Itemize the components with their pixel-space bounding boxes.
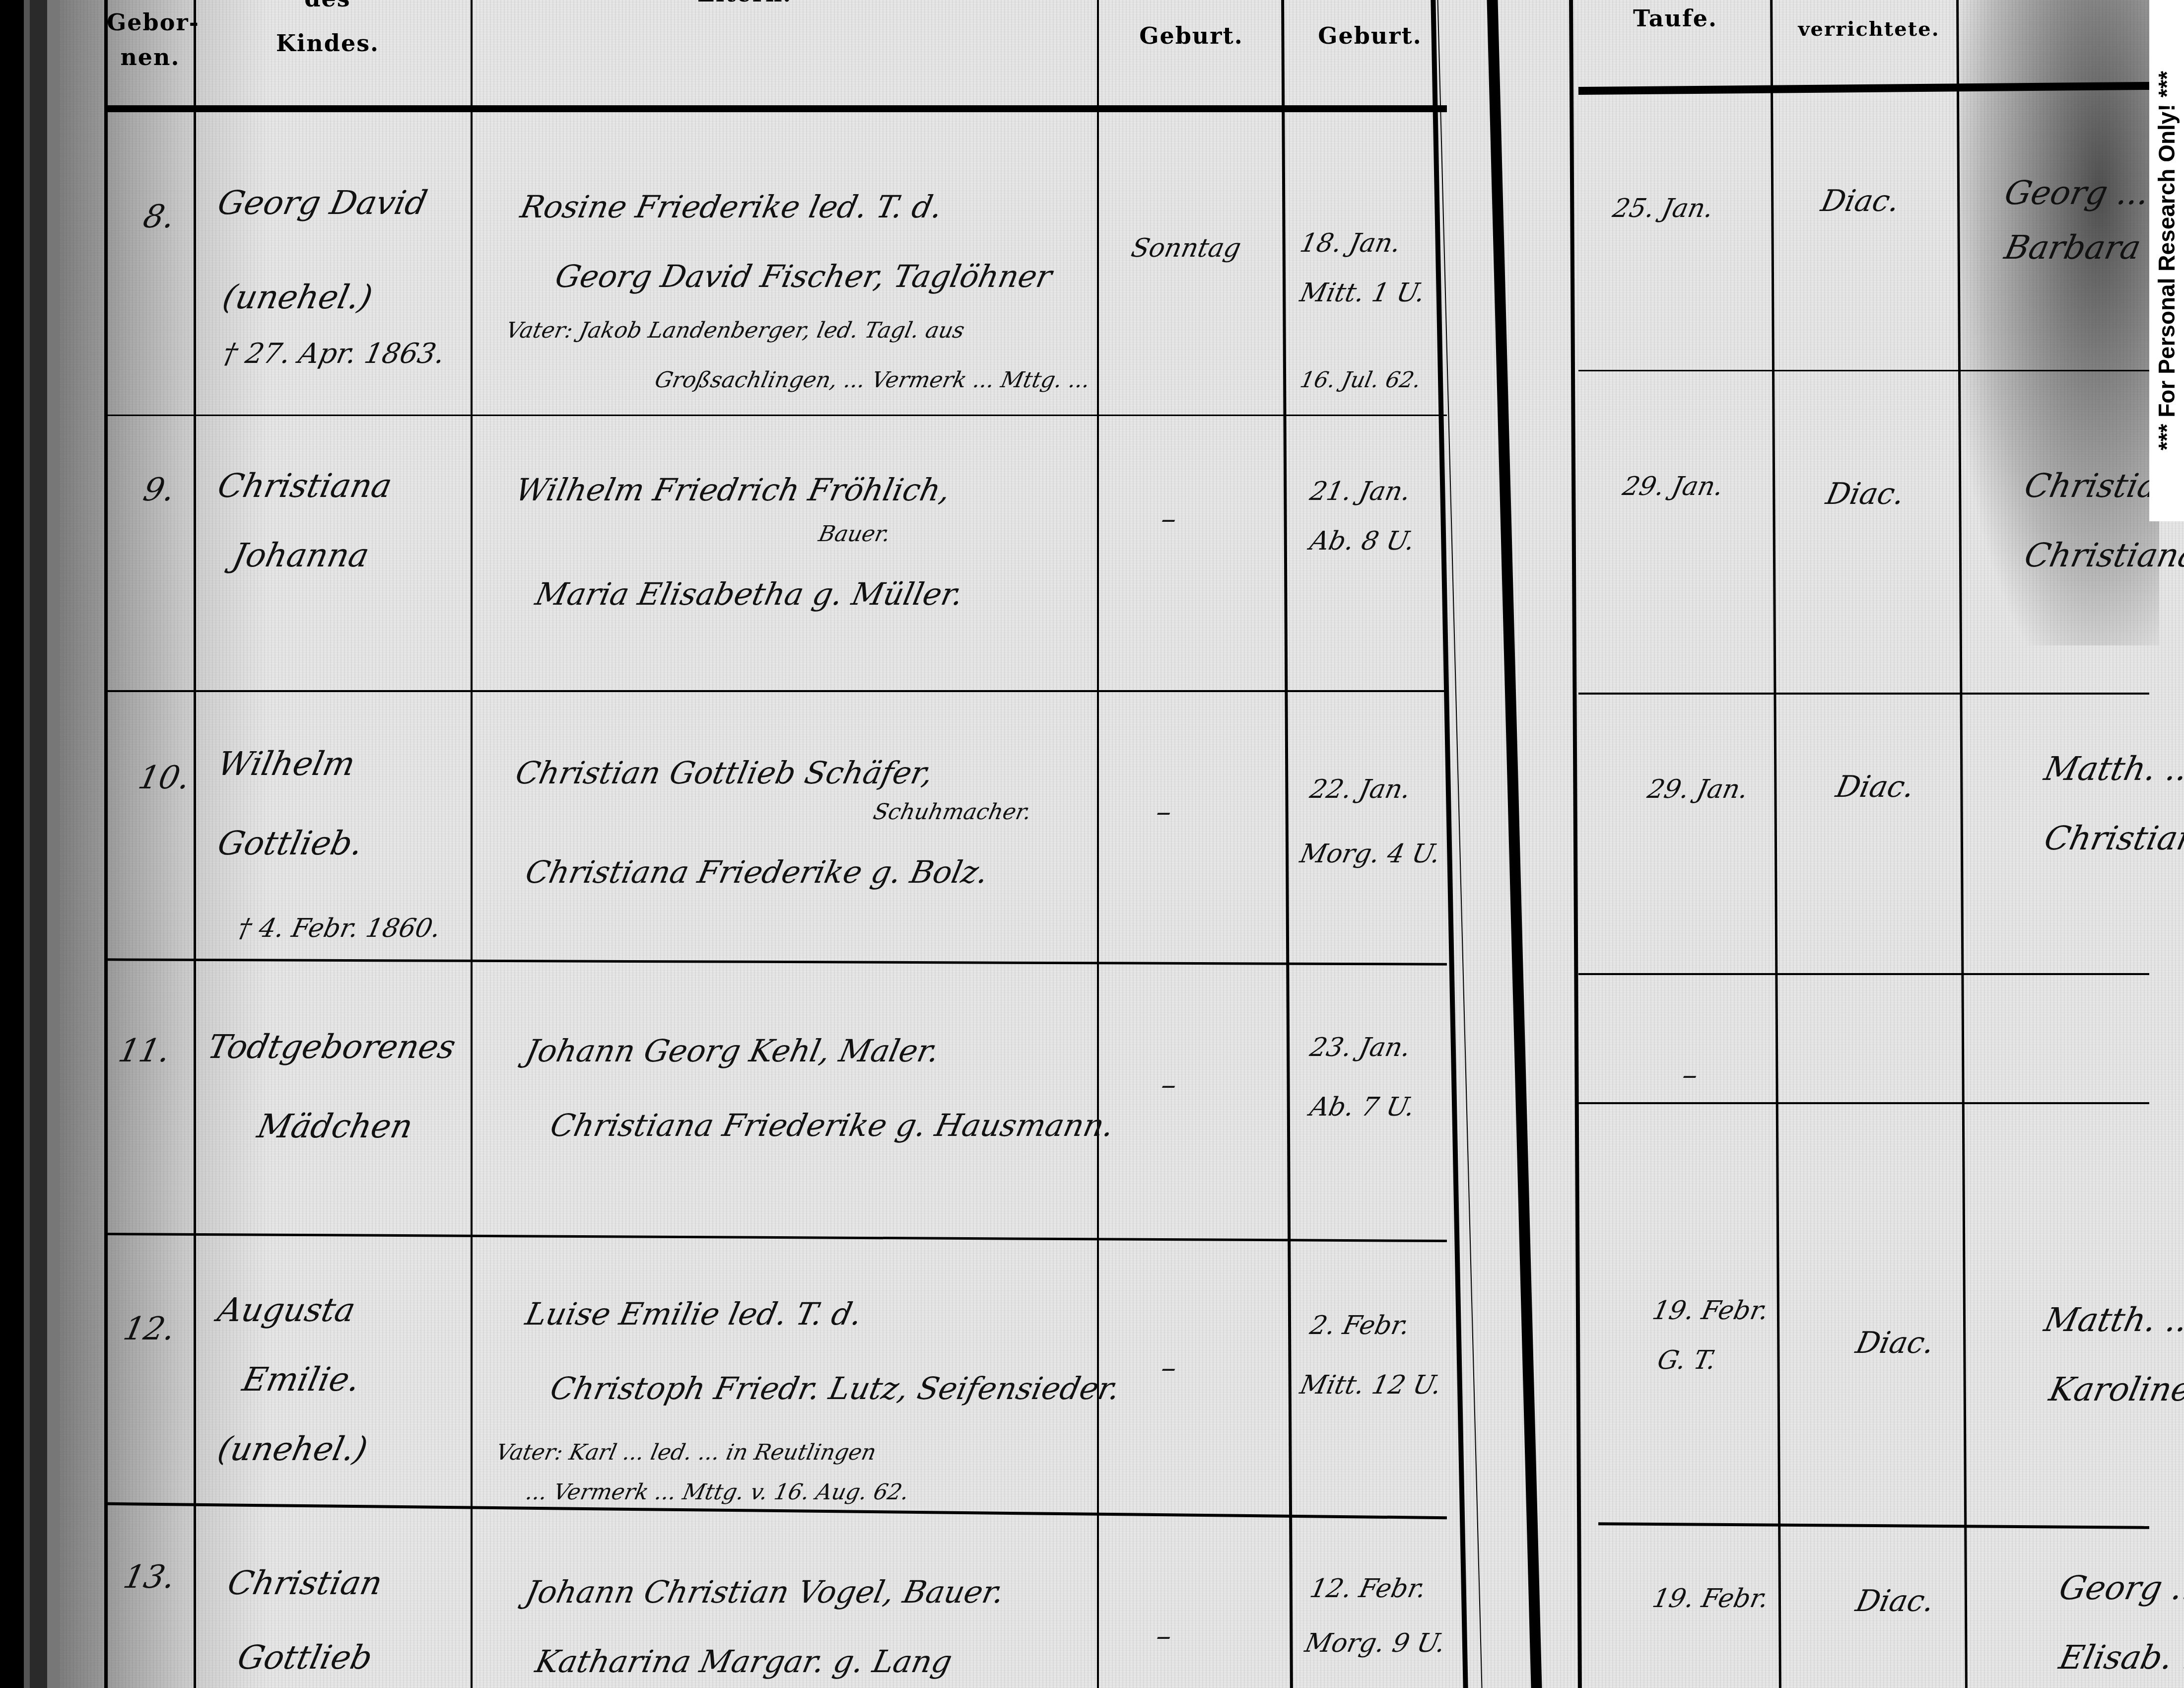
- birth-note: 16. Jul. 62.: [1298, 367, 1424, 393]
- baptism-date: 19. Febr.: [1650, 1584, 1772, 1614]
- baptism-date: 19. Febr.: [1650, 1296, 1772, 1326]
- mother: Rosine Friederike led. T. d.: [517, 189, 946, 225]
- birth-date: 23. Jan.: [1307, 1033, 1414, 1062]
- father: Johann Georg Kehl, Maler.: [522, 1033, 943, 1069]
- father: Georg David Fischer, Taglöhner: [552, 258, 1055, 294]
- child-name: Todtgeborenes: [205, 1028, 459, 1066]
- officiant: Diac.: [1833, 770, 1918, 804]
- father: Christian Gottlieb Schäfer,: [512, 755, 936, 791]
- page-fold: [1487, 0, 1542, 1688]
- birth-time: Ab. 7 U.: [1307, 1092, 1418, 1122]
- birth-day: –: [1153, 794, 1175, 829]
- column-rule: [471, 0, 473, 1688]
- godparent: Christiana ...: [2021, 536, 2184, 574]
- child-death: † 4. Febr. 1860.: [235, 914, 444, 943]
- row-rule: [1598, 1522, 2149, 1529]
- child-name: Mädchen: [254, 1107, 416, 1145]
- birth-day: –: [1158, 1067, 1180, 1102]
- header-child: Kindes.: [258, 30, 397, 57]
- child-name: Georg David: [214, 184, 431, 222]
- baptism-date: 29. Jan.: [1645, 774, 1751, 804]
- column-rule: [1770, 0, 1781, 1688]
- officiant: Diac.: [1823, 477, 1908, 511]
- header-birth-day: Geburt.: [1099, 22, 1283, 49]
- entry-number: 13.: [120, 1559, 179, 1596]
- header-birth-date: Geburt.: [1291, 22, 1449, 49]
- birth-time: Ab. 8 U.: [1307, 526, 1418, 556]
- child-name: Gottlieb: [234, 1638, 376, 1677]
- birth-day: –: [1158, 1350, 1180, 1385]
- column-rule: [194, 0, 196, 1688]
- godparent: Georg ...: [2001, 174, 2153, 212]
- mother: Christiana Friederike g. Bolz.: [522, 854, 992, 890]
- remark: Großsachlingen, ... Vermerk ... Mttg. ..…: [653, 367, 1092, 393]
- mother: Christiana Friederike g. Hausmann.: [547, 1107, 1117, 1143]
- child-status: (unehel.): [214, 1430, 371, 1468]
- father-occupation: Schuhmacher.: [871, 799, 1034, 825]
- child-name: Johanna: [229, 536, 373, 574]
- mother: Luise Emilie led. T. d.: [522, 1296, 865, 1332]
- row-rule: [107, 1233, 1447, 1242]
- header-born: Gebor- nen.: [107, 5, 194, 74]
- baptism-date: 25. Jan.: [1610, 194, 1716, 223]
- register-page: Gebor- nen. des Kindes. Eltern. Geburt. …: [0, 0, 2184, 1688]
- row-rule: [107, 958, 1447, 965]
- child-name: Wilhelm: [214, 745, 359, 783]
- child-status: (unehel.): [219, 278, 376, 316]
- child-name: Gottlieb.: [214, 824, 366, 862]
- father: Johann Christian Vogel, Bauer.: [522, 1574, 1008, 1610]
- row-rule: [1578, 693, 2149, 695]
- birth-date: 21. Jan.: [1307, 477, 1414, 506]
- birth-day: –: [1153, 1618, 1175, 1653]
- birth-day: Sonntag: [1129, 233, 1244, 263]
- birth-time: Mitt. 12 U.: [1297, 1370, 1444, 1400]
- header-child-top: des: [278, 0, 377, 12]
- baptism-date: 29. Jan.: [1620, 472, 1726, 501]
- header-officiant: verrichtete.: [1779, 17, 1958, 41]
- birth-date: 12. Febr.: [1307, 1574, 1429, 1604]
- row-rule: [1578, 973, 2149, 975]
- baptism-note: G. T.: [1655, 1345, 1719, 1375]
- child-death: † 27. Apr. 1863.: [220, 338, 448, 370]
- header-parents: Eltern.: [620, 0, 869, 7]
- birth-time: Morg. 4 U.: [1297, 839, 1443, 869]
- remark: Vater: Karl ... led. ... in Reutlingen: [494, 1440, 879, 1465]
- remark: ... Vermerk ... Mttg. v. 16. Aug. 62.: [524, 1479, 911, 1505]
- baptism-date: –: [1679, 1057, 1702, 1092]
- entry-number: 11.: [115, 1033, 174, 1069]
- officiant: Diac.: [1818, 184, 1903, 218]
- birth-date: 22. Jan.: [1307, 774, 1414, 804]
- godparent: Karoline ...: [2046, 1370, 2184, 1408]
- header-baptism: Taufe.: [1578, 5, 1772, 32]
- godparent: Elisab. ...: [2056, 1638, 2184, 1677]
- father-occupation: Bauer.: [817, 521, 893, 547]
- birth-time: Mitt. 1 U.: [1297, 278, 1428, 308]
- column-rule: [1569, 0, 1582, 1688]
- father: Wilhelm Friedrich Fröhlich,: [512, 472, 954, 508]
- row-rule: [107, 1502, 1447, 1519]
- officiant: Diac.: [1853, 1326, 1938, 1360]
- watermark-strip: *** For Personal Research Only! ***: [2149, 0, 2184, 521]
- birth-day: –: [1158, 501, 1180, 536]
- remark: Vater: Jakob Landenberger, led. Tagl. au…: [504, 318, 967, 343]
- column-rule: [1097, 0, 1099, 1688]
- godparent: Georg ...: [2056, 1569, 2184, 1607]
- officiant: Diac.: [1853, 1584, 1938, 1618]
- row-rule: [1578, 370, 2149, 371]
- entry-number: 10.: [135, 760, 194, 796]
- godparent: Matth. ...: [2041, 1301, 2184, 1339]
- header-rule: [107, 105, 1447, 112]
- child-name: Christiana: [214, 467, 396, 505]
- birth-date: 18. Jan.: [1297, 228, 1404, 258]
- child-name: Christian: [224, 1564, 386, 1602]
- row-rule: [1578, 1102, 2149, 1104]
- birth-time: Morg. 9 U.: [1302, 1628, 1448, 1658]
- mother: Katharina Margar. g. Lang: [532, 1643, 955, 1680]
- column-rule: [1281, 0, 1293, 1688]
- child-name: Emilie.: [239, 1360, 364, 1399]
- child-name: Augusta: [214, 1291, 359, 1329]
- mother: Maria Elisabetha g. Müller.: [532, 576, 966, 612]
- godparent: Matth. ...: [2041, 750, 2184, 788]
- watermark-text: *** For Personal Research Only! ***: [2153, 71, 2180, 450]
- row-rule: [107, 415, 1447, 416]
- entry-number: 12.: [120, 1311, 179, 1347]
- godparent: Christiana ...: [2041, 819, 2184, 857]
- column-rule: [104, 0, 108, 1688]
- father: Christoph Friedr. Lutz, Seifensieder.: [547, 1370, 1123, 1407]
- birth-date: 2. Febr.: [1307, 1311, 1413, 1340]
- book-binding: [0, 0, 60, 1688]
- row-rule: [107, 690, 1447, 692]
